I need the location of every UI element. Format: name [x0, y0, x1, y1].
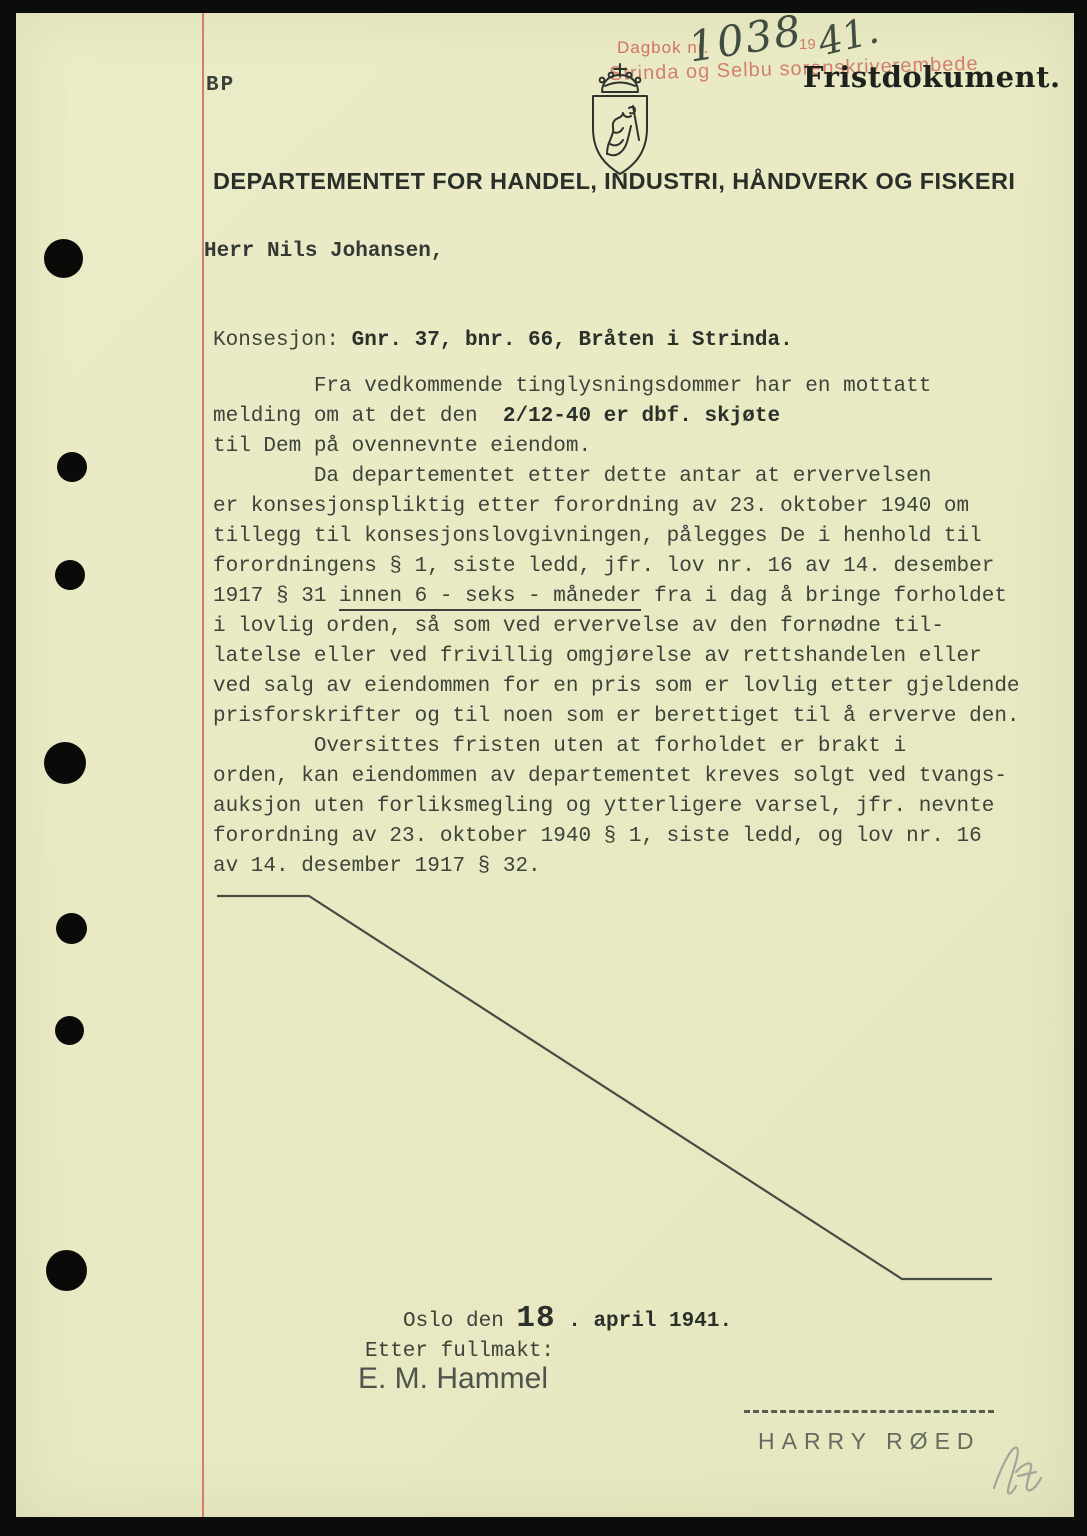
department-heading: DEPARTEMENTET FOR HANDEL, INDUSTRI, HÅND… — [213, 168, 991, 195]
punch-hole — [56, 913, 87, 944]
letter-text-segment: tillegg til konsesjonslovgivningen, påle… — [213, 525, 982, 548]
letter-text-segment: auksjon uten forliksmegling og ytterlige… — [213, 795, 994, 818]
pencil-initials — [988, 1436, 1050, 1500]
letter-text-segment: orden, kan eiendommen av departementet k… — [213, 765, 1007, 788]
letter-line: tillegg til konsesjonslovgivningen, påle… — [213, 522, 1020, 552]
place-date-line: Oslo den 18 . april 1941. — [403, 1301, 732, 1336]
letter-text-segment: Oversittes fristen uten at forholdet er … — [213, 735, 906, 758]
signature-name: E. M. Hammel — [358, 1362, 548, 1396]
letter-text-segment: ved salg av eiendommen for en pris som e… — [213, 675, 1020, 698]
letter-text-segment: melding om at det den — [213, 405, 503, 428]
letter-line: til Dem på ovennevnte eiendom. — [213, 432, 1020, 462]
letter-text-segment: fra i dag å bringe forholdet — [641, 585, 1006, 608]
letter-line: er konsesjonspliktig etter forordning av… — [213, 492, 1020, 522]
recipient-line: Herr Nils Johansen, — [204, 240, 443, 263]
date-month-year: . april 1941. — [556, 1310, 732, 1333]
letter-line: forordning av 23. oktober 1940 § 1, sist… — [213, 822, 1020, 852]
letter-line: Da departementet etter dette antar at er… — [213, 462, 1020, 492]
punch-hole — [55, 560, 85, 590]
document-type-label: Fristdokument. — [803, 60, 1061, 94]
letter-text-segment: 2/12-40 er dbf. skjøte — [503, 405, 780, 428]
letter-line: Oversittes fristen uten at forholdet er … — [213, 732, 1020, 762]
letter-line: Fra vedkommende tinglysningsdommer har e… — [213, 372, 1020, 402]
letter-line: melding om at det den 2/12-40 er dbf. sk… — [213, 402, 1020, 432]
letter-line: orden, kan eiendommen av departementet k… — [213, 762, 1020, 792]
letter-text-segment: forordning av 23. oktober 1940 § 1, sist… — [213, 825, 982, 848]
letter-text-segment: i lovlig orden, så som ved ervervelse av… — [213, 615, 944, 638]
letter-text-segment: Gnr. 37, bnr. 66, Bråten i Strinda. — [352, 329, 793, 352]
letter-line: Konsesjon: Gnr. 37, bnr. 66, Bråten i St… — [213, 326, 1020, 356]
letter-line: prisforskrifter og til noen som er beret… — [213, 702, 1020, 732]
letter-line: ved salg av eiendommen for en pris som e… — [213, 672, 1020, 702]
punch-hole — [44, 742, 86, 784]
punch-hole — [55, 1016, 84, 1045]
letter-text-segment: er konsesjonspliktig etter forordning av… — [213, 495, 969, 518]
letter-line: latelse eller ved frivillig omgjørelse a… — [213, 642, 1020, 672]
letter-line: 1917 § 31 innen 6 - seks - måneder fra i… — [213, 582, 1020, 612]
stamp-year-prefix: 19 — [799, 36, 816, 53]
letter-line: auksjon uten forliksmegling og ytterlige… — [213, 792, 1020, 822]
coat-of-arms-emblem — [577, 62, 663, 178]
punch-hole — [44, 239, 83, 278]
letter-text-segment: forordningens § 1, siste ledd, jfr. lov … — [213, 555, 994, 578]
place-date-prefix: Oslo den — [403, 1310, 516, 1333]
date-day-stamp: 18 — [516, 1301, 555, 1336]
letter-text-segment: Da departementet etter dette antar at er… — [213, 465, 931, 488]
scanned-page: BP Dagbok nr. 1038 19 41. Strinda og Sel… — [0, 0, 1087, 1536]
letter-text-segment: latelse eller ved frivillig omgjørelse a… — [213, 645, 982, 668]
letter-text-segment: innen 6 - seks - måneder — [339, 585, 641, 611]
letter-text-segment: Konsesjon: — [213, 329, 352, 352]
punch-hole — [57, 452, 87, 482]
letter-text-segment: prisforskrifter og til noen som er beret… — [213, 705, 1020, 728]
countersignature-name: HARRY RØED — [758, 1428, 981, 1455]
corner-mark: BP — [206, 74, 235, 97]
letter-text-segment: Fra vedkommende tinglysningsdommer har e… — [213, 375, 931, 398]
letter-text-segment: av 14. desember 1917 § 32. — [213, 855, 541, 878]
authority-line: Etter fullmakt: — [365, 1340, 554, 1363]
margin-rule-line — [202, 13, 204, 1517]
letter-body: Konsesjon: Gnr. 37, bnr. 66, Bråten i St… — [213, 326, 1020, 882]
letter-text-segment: til Dem på ovennevnte eiendom. — [213, 435, 591, 458]
signature-dashed-line — [744, 1410, 994, 1413]
letter-line: forordningens § 1, siste ledd, jfr. lov … — [213, 552, 1020, 582]
letter-text-segment: 1917 § 31 — [213, 585, 339, 608]
letter-line: av 14. desember 1917 § 32. — [213, 852, 1020, 882]
punch-hole — [46, 1250, 87, 1291]
letter-line: i lovlig orden, så som ved ervervelse av… — [213, 612, 1020, 642]
